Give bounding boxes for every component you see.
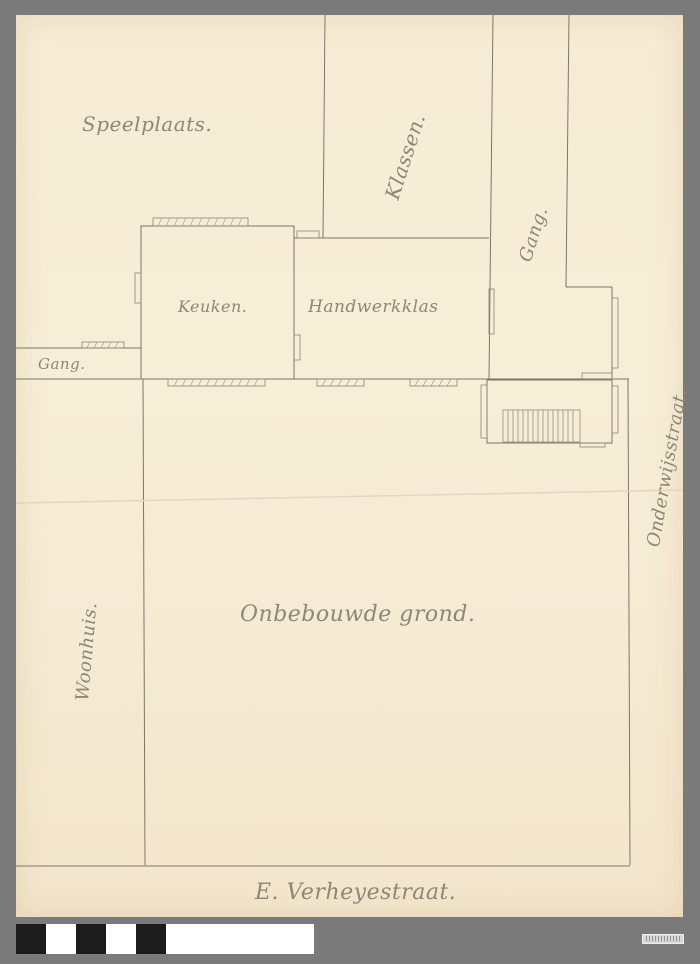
klassen-right-wall	[489, 15, 493, 380]
floor-plan-drawing	[0, 0, 700, 964]
calibration-swatch-black	[76, 924, 106, 954]
label-onbebouwde-grond: Onbebouwde grond.	[240, 602, 475, 627]
gang-right-wall	[566, 15, 569, 287]
calibration-swatch-black	[136, 924, 166, 954]
label-handwerkklas: Handwerkklas	[308, 297, 438, 317]
klassen-left-wall	[323, 15, 325, 238]
calibration-swatch-white-wide	[166, 924, 314, 954]
label-speelplaats: Speelplaats.	[82, 112, 212, 136]
archive-barcode: ||||||||||||	[642, 934, 684, 944]
label-verheyestraat: E. Verheyestraat.	[255, 880, 456, 905]
label-keuken: Keuken.	[178, 297, 247, 316]
stair-block	[487, 380, 612, 443]
calibration-swatch-white	[106, 924, 136, 954]
archive-color-bar	[16, 924, 314, 954]
label-gang-left: Gang.	[38, 355, 85, 373]
calibration-swatch-black	[16, 924, 46, 954]
calibration-swatch-white	[46, 924, 76, 954]
